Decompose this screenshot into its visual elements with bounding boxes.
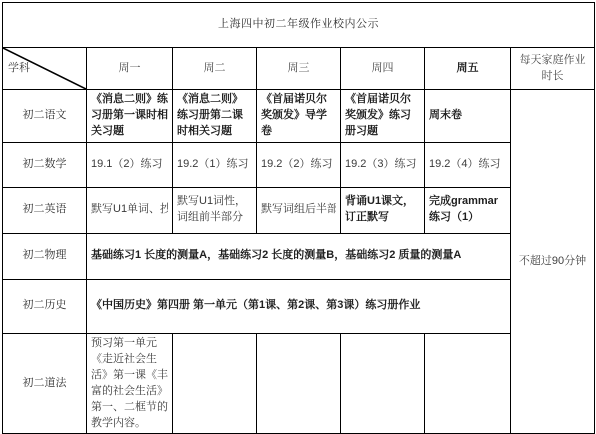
subject-label-physics: 初二物理 [3, 233, 87, 279]
corner-header-cell: 学科 [3, 48, 87, 90]
homework-table-sheet: 上海四中初二年级作业校内公示 学科 周一 周二 周三 周四 周五 每天家庭作业时… [2, 2, 595, 370]
subject-label-chinese: 初二语文 [3, 90, 87, 143]
subject-label-english: 初二英语 [3, 187, 87, 233]
cell-english-wednesday: 默写词组后半部分，订正 [257, 187, 341, 233]
homework-table: 上海四中初二年级作业校内公示 学科 周一 周二 周三 周四 周五 每天家庭作业时… [2, 2, 595, 370]
cell-ethics-friday [425, 333, 511, 370]
cell-english-tuesday: 默写U1词性，词组前半部分 [173, 187, 257, 233]
table-row-english: 初二英语 默写U1单词、抄写U1词性 默写U1词性，词组前半部分 默写词组后半部… [3, 187, 595, 233]
cell-history-week: 《中国历史》第四册 第一单元（第1课、第2课、第3课）练习册作业 [87, 279, 511, 333]
cell-english-thursday: 背诵U1课文，订正默写 [341, 187, 425, 233]
cell-english-monday: 默写U1单词、抄写U1词性 [87, 187, 173, 233]
cell-ethics-monday: 预习第一单元《走近社会生活》第一课《丰富的社会生活》第一、二框节的教学内容。 [87, 333, 173, 370]
cell-physics-week-text: 基础练习1 长度的测量A，基础练习2 长度的测量B，基础练习2 质量的测量A [91, 248, 506, 264]
cell-math-friday: 19.2（4）练习 [425, 142, 511, 187]
cell-ethics-wednesday [257, 333, 341, 370]
cell-chinese-tuesday: 《消息二则》练习册第二课时相关习题 [173, 90, 257, 143]
table-row-math: 初二数学 19.1（2）练习 19.2（1）练习 19.2（2）练习 19.2（… [3, 142, 595, 187]
cell-physics-week: 基础练习1 长度的测量A，基础练习2 长度的测量B，基础练习2 质量的测量A [87, 233, 511, 279]
subject-label-history: 初二历史 [3, 279, 87, 333]
table-row-ethics: 初二道法 预习第一单元《走近社会生活》第一课《丰富的社会生活》第一、二框节的教学… [3, 333, 595, 370]
column-header-duration: 每天家庭作业时长 [511, 48, 595, 90]
cell-english-wednesday-text: 默写词组后半部分，订正 [261, 202, 336, 218]
cell-chinese-monday: 《消息二则》练习册第一课时相关习题 [87, 90, 173, 143]
table-row-physics: 初二物理 基础练习1 长度的测量A，基础练习2 长度的测量B，基础练习2 质量的… [3, 233, 595, 279]
cell-english-friday: 完成grammar练习（1） [425, 187, 511, 233]
cell-chinese-thursday: 《首届诺贝尔奖颁发》练习册习题 [341, 90, 425, 143]
daily-duration-note: 不超过90分钟 [511, 90, 595, 371]
page-title: 上海四中初二年级作业校内公示 [3, 3, 595, 48]
cell-ethics-tuesday [173, 333, 257, 370]
subject-label-ethics: 初二道法 [3, 333, 87, 370]
cell-ethics-thursday [341, 333, 425, 370]
table-row-history: 初二历史 《中国历史》第四册 第一单元（第1课、第2课、第3课）练习册作业 [3, 279, 595, 333]
column-header-wednesday: 周三 [257, 48, 341, 90]
cell-math-monday: 19.1（2）练习 [87, 142, 173, 187]
table-row-chinese: 初二语文 《消息二则》练习册第一课时相关习题 《消息二则》练习册第二课时相关习题… [3, 90, 595, 143]
cell-english-monday-text: 默写U1单词、抄写U1词性 [91, 202, 168, 218]
corner-header-label: 学科 [8, 61, 30, 77]
cell-chinese-wednesday: 《首届诺贝尔奖颁发》导学卷 [257, 90, 341, 143]
cell-math-tuesday: 19.2（1）练习 [173, 142, 257, 187]
column-header-thursday: 周四 [341, 48, 425, 90]
cell-history-week-text: 《中国历史》第四册 第一单元（第1课、第2课、第3课）练习册作业 [91, 298, 506, 314]
column-header-monday: 周一 [87, 48, 173, 90]
column-header-friday: 周五 [425, 48, 511, 90]
cell-math-wednesday: 19.2（2）练习 [257, 142, 341, 187]
cell-chinese-friday: 周末卷 [425, 90, 511, 143]
cell-math-thursday: 19.2（3）练习 [341, 142, 425, 187]
subject-label-math: 初二数学 [3, 142, 87, 187]
column-header-tuesday: 周二 [173, 48, 257, 90]
